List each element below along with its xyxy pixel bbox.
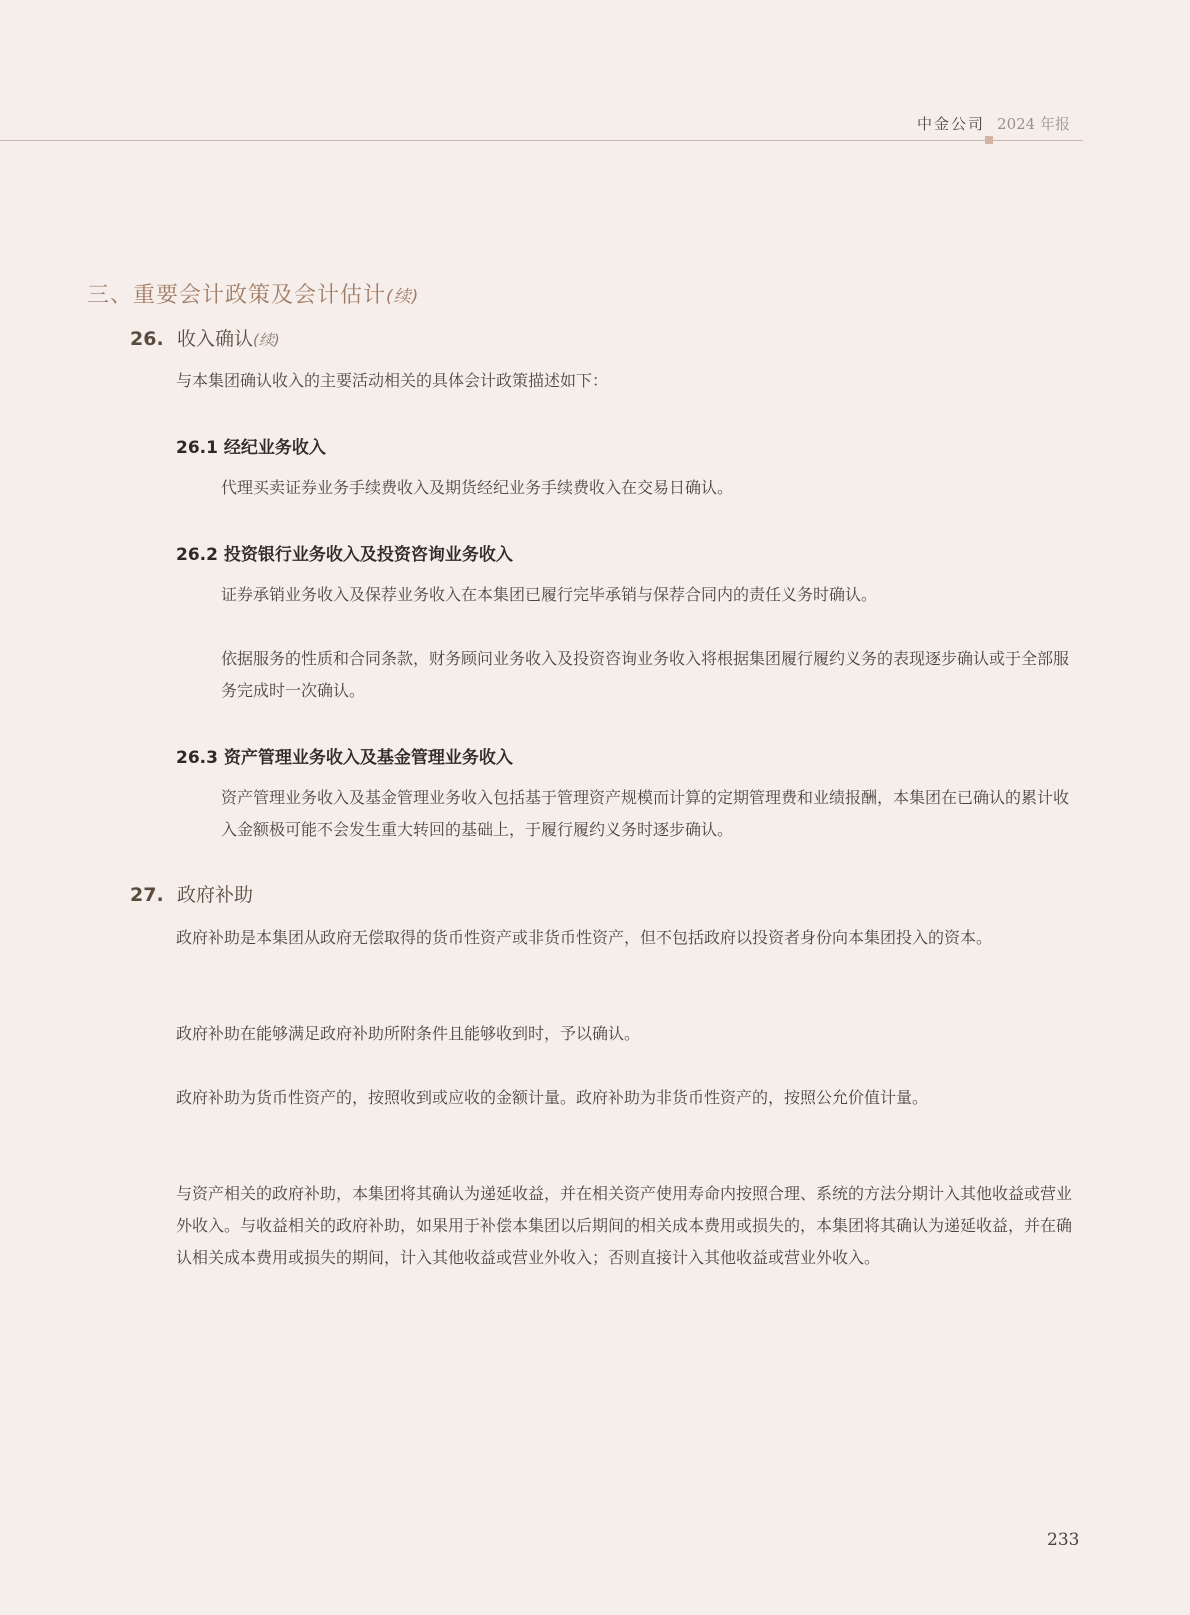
header-divider — [0, 140, 1083, 141]
header-marker — [985, 136, 993, 144]
section-number: 26. — [130, 328, 177, 350]
section-cont: (续) — [253, 331, 280, 349]
page-header: 中金公司2024 年报 — [917, 113, 1070, 134]
chapter-cont: (续) — [386, 287, 419, 307]
section-26-heading: 26.收入确认(续) — [130, 324, 280, 351]
paragraph: 与资产相关的政府补助，本集团将其确认为递延收益，并在相关资产使用寿命内按照合理、… — [176, 1178, 1076, 1274]
section-26-intro: 与本集团确认收入的主要活动相关的具体会计政策描述如下： — [176, 365, 1076, 397]
header-company: 中金公司 — [917, 115, 985, 133]
paragraph: 资产管理业务收入及基金管理业务收入包括基于管理资产规模而计算的定期管理费和业绩报… — [221, 782, 1076, 846]
paragraph: 证券承销业务收入及保荐业务收入在本集团已履行完毕承销与保荐合同内的责任义务时确认… — [221, 579, 1076, 611]
paragraph: 政府补助是本集团从政府无偿取得的货币性资产或非货币性资产，但不包括政府以投资者身… — [176, 922, 1076, 954]
section-title: 收入确认 — [177, 328, 253, 350]
subsection-26-3-title: 26.3 资产管理业务收入及基金管理业务收入 — [176, 743, 513, 768]
section-27-heading: 27.政府补助 — [130, 880, 253, 907]
section-title: 政府补助 — [177, 884, 253, 906]
chapter-title: 三、重要会计政策及会计估计(续) — [87, 278, 419, 309]
section-number: 27. — [130, 884, 177, 906]
paragraph: 政府补助为货币性资产的，按照收到或应收的金额计量。政府补助为非货币性资产的，按照… — [176, 1082, 1076, 1114]
paragraph: 政府补助在能够满足政府补助所附条件且能够收到时，予以确认。 — [176, 1018, 1076, 1050]
subsection-26-2-title: 26.2 投资银行业务收入及投资咨询业务收入 — [176, 540, 513, 565]
page-number: 233 — [1047, 1530, 1079, 1550]
paragraph: 依据服务的性质和合同条款，财务顾问业务收入及投资咨询业务收入将根据集团履行履约义… — [221, 643, 1076, 707]
subsection-26-1-title: 26.1 经纪业务收入 — [176, 433, 326, 458]
paragraph: 代理买卖证券业务手续费收入及期货经纪业务手续费收入在交易日确认。 — [221, 472, 1076, 504]
chapter-title-text: 三、重要会计政策及会计估计 — [87, 283, 386, 308]
header-year: 2024 年报 — [997, 115, 1070, 133]
